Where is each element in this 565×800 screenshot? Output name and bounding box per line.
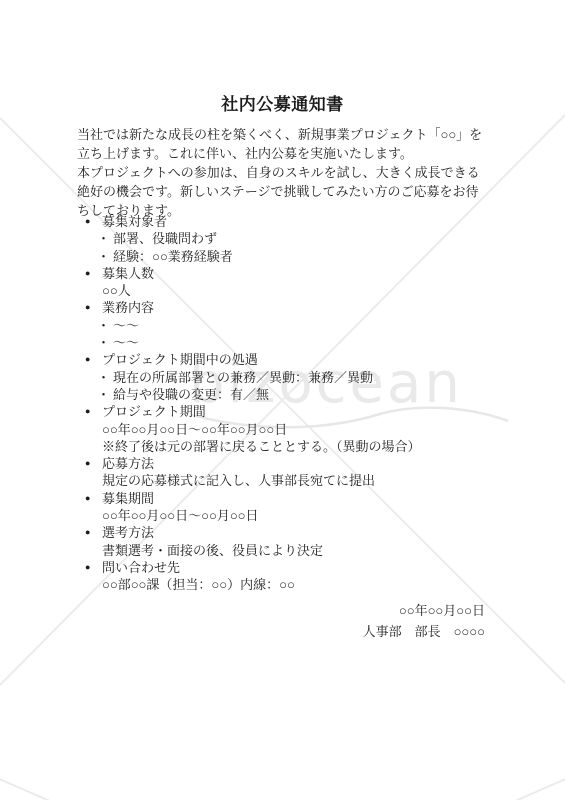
- list-item: ●募集期間: [0, 490, 530, 507]
- list-subitem-text: 書類選考・面接の後、役員により決定: [102, 543, 323, 558]
- list-item: ●プロジェクト期間中の処遇: [0, 351, 530, 368]
- list-item: ●業務内容: [0, 299, 530, 316]
- list-subitem: ・経験：○○業務経験者: [0, 248, 530, 265]
- list-subitem-text: ○○年○○月○○日～○○月○○日: [102, 508, 259, 523]
- dot-icon: ・: [97, 386, 110, 403]
- list-subitem: ○○人: [0, 282, 530, 299]
- bullet-icon: ●: [85, 403, 90, 420]
- list-item-label: 選考方法: [102, 525, 154, 540]
- bullet-icon: ●: [85, 455, 90, 472]
- list-item: ●選考方法: [0, 524, 530, 541]
- list-item-label: プロジェクト期間: [102, 404, 206, 419]
- list-subitem: ・現在の所属部署との兼務／異動：兼務／異動: [0, 369, 530, 386]
- bullet-icon: ●: [85, 213, 90, 230]
- intro-paragraph: 当社では新たな成長の柱を築くべく、新規事業プロジェクト「○○」を立ち上げます。こ…: [77, 125, 491, 163]
- intro: 当社では新たな成長の柱を築くべく、新規事業プロジェクト「○○」を立ち上げます。こ…: [77, 125, 491, 220]
- dot-icon: ・: [97, 334, 110, 351]
- bullet-icon: ●: [85, 351, 90, 368]
- bullet-icon: ●: [85, 299, 90, 316]
- list-item: ●募集対象者: [0, 213, 530, 230]
- list-subitem-text: ～～: [113, 318, 139, 333]
- bullet-icon: ●: [85, 490, 90, 507]
- list-item-label: プロジェクト期間中の処遇: [102, 352, 258, 367]
- list-item: ●プロジェクト期間: [0, 403, 530, 420]
- dot-icon: ・: [97, 248, 110, 265]
- list-item: ●募集人数: [0, 265, 530, 282]
- intro-paragraph: 本プロジェクトへの参加は、自身のスキルを試し、大きく成長できる絶好の機会です。新…: [77, 163, 491, 220]
- list-item-label: 業務内容: [102, 300, 154, 315]
- list-subitem: ・給与や役職の変更：有／無: [0, 386, 530, 403]
- list-subitem-text: 規定の応募様式に記入し、人事部長宛てに提出: [102, 473, 375, 488]
- list-subitem-text: 給与や役職の変更：有／無: [113, 387, 269, 402]
- list-item-label: 応募方法: [102, 456, 154, 471]
- document-page: 社内公募通知書 当社では新たな成長の柱を築くべく、新規事業プロジェクト「○○」を…: [0, 0, 565, 800]
- list-subitem-text: ○○人: [102, 283, 131, 298]
- dot-icon: ・: [97, 230, 110, 247]
- list-subitem-text: 現在の所属部署との兼務／異動：兼務／異動: [113, 370, 373, 385]
- dot-icon: ・: [97, 369, 110, 386]
- bullet-icon: ●: [85, 265, 90, 282]
- list-item-label: 募集期間: [102, 491, 154, 506]
- list-subitem-text: ○○年○○月○○日～○○年○○月○○日: [102, 422, 287, 437]
- list-subitem: 規定の応募様式に記入し、人事部長宛てに提出: [0, 472, 530, 489]
- list-subitem-text: ※終了後は元の部署に戻ることとする。（異動の場合）: [102, 439, 421, 454]
- bullet-icon: ●: [85, 524, 90, 541]
- list-item-label: 募集人数: [102, 266, 154, 281]
- list-subitem: ○○年○○月○○日～○○月○○日: [0, 507, 530, 524]
- list-subitem: ○○部○○課（担当：○○）内線：○○: [0, 576, 530, 593]
- list-item-label: 問い合わせ先: [102, 560, 180, 575]
- list-subitem-text: ～～: [113, 335, 139, 350]
- dot-icon: ・: [97, 317, 110, 334]
- document-title: 社内公募通知書: [0, 93, 565, 117]
- list-subitem-text: 部署、役職問わず: [113, 231, 217, 246]
- list-subitem: ・～～: [0, 334, 530, 351]
- list-subitem: ・部署、役職問わず: [0, 230, 530, 247]
- list-item: ●問い合わせ先: [0, 559, 530, 576]
- list-item-label: 募集対象者: [102, 214, 167, 229]
- footer-signature: 人事部 部長 ○○○○: [0, 621, 485, 642]
- notice-list: ●募集対象者・部署、役職問わず・経験：○○業務経験者●募集人数○○人●業務内容・…: [0, 213, 530, 594]
- footer-date: ○○年○○月○○日: [0, 600, 485, 621]
- list-subitem: ※終了後は元の部署に戻ることとする。（異動の場合）: [0, 438, 530, 455]
- list-subitem: ○○年○○月○○日～○○年○○月○○日: [0, 421, 530, 438]
- list-subitem-text: ○○部○○課（担当：○○）内線：○○: [102, 577, 295, 592]
- footer: ○○年○○月○○日 人事部 部長 ○○○○: [0, 600, 485, 642]
- bullet-icon: ●: [85, 559, 90, 576]
- list-item: ●応募方法: [0, 455, 530, 472]
- list-subitem: ・～～: [0, 317, 530, 334]
- list-subitem: 書類選考・面接の後、役員により決定: [0, 542, 530, 559]
- list-subitem-text: 経験：○○業務経験者: [113, 249, 233, 264]
